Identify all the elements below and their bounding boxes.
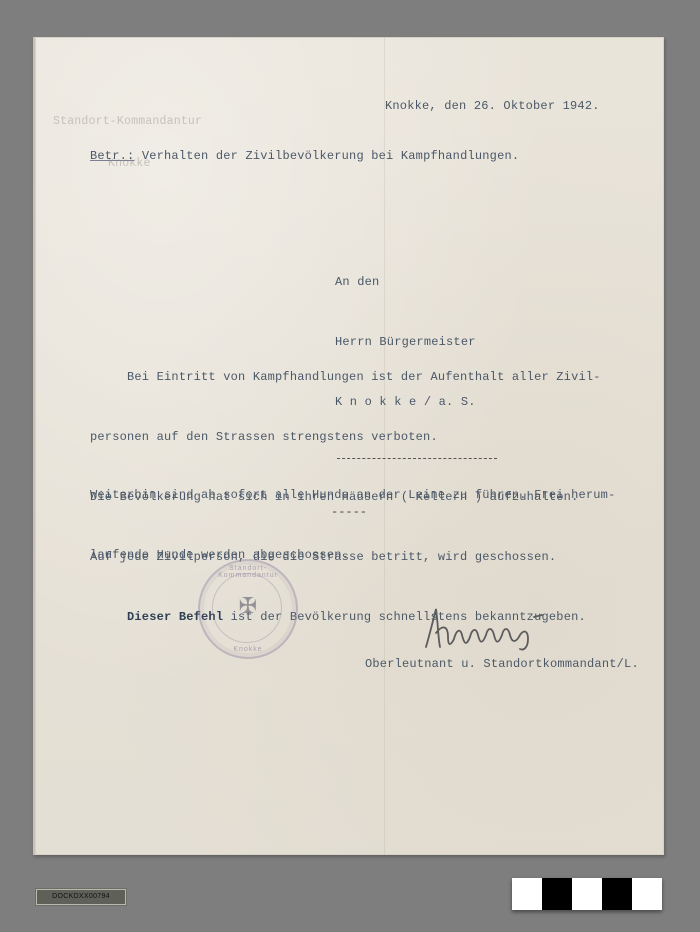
recipient-line-1: An den	[335, 272, 497, 292]
calibration-swatch	[572, 878, 602, 910]
calibration-swatch	[512, 878, 542, 910]
handwritten-signature	[420, 603, 560, 653]
paragraph-line: Bei Eintritt von Kampfhandlungen ist der…	[90, 367, 601, 387]
paragraph-line: laufende Hunde werden abgeschossen.	[90, 545, 615, 565]
letterhead-stamp: Standort-Kommandantur Knokke	[53, 87, 202, 199]
place-date: Knokke, den 26. Oktober 1942.	[385, 99, 600, 113]
eagle-emblem-icon: ✠	[236, 591, 260, 623]
calibration-swatch	[542, 878, 572, 910]
official-seal-stamp: Standort-Kommandantur ✠ Knokke	[198, 559, 298, 659]
document-page: Standort-Kommandantur Knokke Knokke, den…	[33, 37, 664, 855]
paragraph-line: personen auf den Strassen strengstens ve…	[90, 427, 601, 447]
subject-text: Verhalten der Zivilbevölkerung bei Kampf…	[134, 149, 519, 163]
separator-dashes: -----	[331, 505, 367, 519]
paragraph-line: Weiterhin sind ab sofort alle Hunde an d…	[90, 485, 615, 505]
seal-top-text: Standort-Kommandantur	[200, 565, 296, 579]
subject-label: Betr.:	[90, 149, 134, 163]
subject-line: Betr.: Verhalten der Zivilbevölkerung be…	[90, 149, 519, 163]
calibration-color-bar	[512, 878, 662, 910]
letterhead-line-1: Standort-Kommandantur	[53, 115, 202, 129]
seal-bottom-text: Knokke	[200, 646, 296, 653]
archive-reference-label: DOCKDXX00794	[36, 889, 126, 905]
dogs-paragraph: Weiterhin sind ab sofort alle Hunde an d…	[90, 445, 615, 605]
signatory-title: Oberleutnant u. Standortkommandant/L.	[365, 657, 639, 671]
calibration-swatch	[632, 878, 662, 910]
calibration-swatch	[602, 878, 632, 910]
